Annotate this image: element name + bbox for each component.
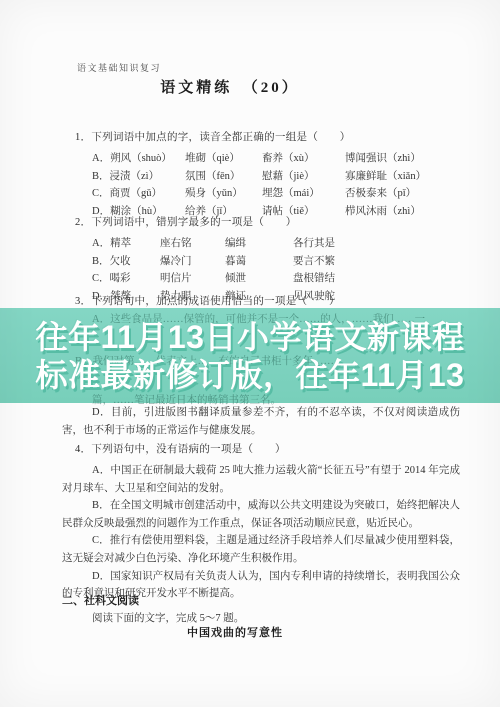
page-title: 语文精练 （20） — [0, 76, 460, 97]
question-3-stem: 3．下列语句中，加点的成语使用恰当的一项是（ ） — [75, 293, 464, 308]
option-cell: 明信片 — [160, 270, 225, 285]
question-2: 2．下列词语中，错别字最多的一项是（ ） A．精萃 座右铭 编缉 各行其是 B．… — [75, 212, 464, 304]
option-cell: 寡廉鲜耻（xiǎn） — [345, 168, 464, 183]
q1-option-row-a: A．朔风（shuò） 堆砌（qiè） 畜养（xù） 博闻强识（zhì） — [92, 149, 464, 167]
question-1: 1．下列词语中加点的字，读音全都正确的一组是（ ） A．朔风（shuò） 堆砌（… — [75, 127, 464, 219]
option-cell: 爆冷门 — [160, 253, 225, 268]
q2-option-row-c: C．喝彩 明信片 倾泄 盘根错结 — [92, 269, 464, 287]
option-cell: 否极泰来（pǐ） — [345, 185, 464, 200]
question-1-stem: 1．下列词语中加点的字，读音全都正确的一组是（ ） — [75, 132, 351, 143]
q2-option-row-a: A．精萃 座右铭 编缉 各行其是 — [92, 234, 464, 252]
header-note: 语文基础知识复习 — [77, 61, 161, 74]
option-cell: 畜养（xù） — [262, 150, 345, 165]
question-2-stem: 2．下列词语中，错别字最多的一项是（ ） — [75, 217, 297, 228]
option-cell: 座右铭 — [160, 235, 225, 250]
option-cell: 盘根错结 — [293, 270, 464, 285]
section-2-intro: 阅读下面的文字，完成 5～7 题。 — [92, 610, 244, 625]
question-4-stem: 4．下列语句中，没有语病的一项是（ ） — [75, 441, 460, 458]
q2-option-row-b: B．欠收 爆冷门 暮蔼 要言不繁 — [92, 252, 464, 270]
option-cell: 倾泄 — [225, 270, 293, 285]
option-cell: 氛围（fēn） — [185, 168, 262, 183]
option-cell: 慰藉（jiè） — [262, 168, 345, 183]
option-cell: 编缉 — [225, 235, 293, 250]
q4-option-a: A．中国正在研制最大载荷 25 吨大推力运载火箭“长征五号”有望于 2014 年… — [62, 462, 460, 497]
option-cell: 殒身（yǔn） — [185, 185, 262, 200]
option-cell: B．浸渍（zì） — [92, 168, 185, 183]
question-4: 4．下列语句中，没有语病的一项是（ ） A．中国正在研制最大载荷 25 吨大推力… — [62, 441, 460, 603]
watermark-band: A．这些食品是……保管的，可他并不是一个……的人，……我们……一 B．我们对第…… — [0, 308, 500, 403]
option-cell: 各行其是 — [293, 235, 464, 250]
q4-option-b: B．在全国文明城市创建活动中，威海以公共文明建设为突破口，始终把解决人民群众反映… — [62, 497, 460, 532]
option-cell: 博闻强识（zhì） — [345, 150, 464, 165]
option-cell: 要言不繁 — [293, 253, 464, 268]
q3-option-d: D．目前，引进版图书翻译质量参差不齐，有的不忍卒读，不仅对阅读造成伤害，也不利于… — [62, 404, 460, 439]
option-cell: C．喝彩 — [92, 270, 160, 285]
watermark-title: 往年11月13日小学语文新课程 标准最新修订版，往年11月13 — [0, 308, 500, 403]
option-cell: C．商贾（gǔ） — [92, 185, 185, 200]
section-2-heading: 二、社科文阅读 — [62, 592, 139, 608]
option-cell: B．欠收 — [92, 253, 160, 268]
watermark-title-line1: 往年11月13日小学语文新课程 — [36, 318, 465, 356]
option-cell: 埋怨（mái） — [262, 185, 345, 200]
watermark-title-line2: 标准最新修订版，往年11月13 — [36, 356, 465, 394]
option-cell: A．精萃 — [92, 235, 160, 250]
scanned-exam-page: 语文基础知识复习 语文精练 （20） 1．下列词语中加点的字，读音全都正确的一组… — [0, 0, 500, 707]
q4-option-c: C．推行有偿使用塑料袋，主题是通过经济手段培养人们尽量减少使用塑料袋，这无疑会对… — [62, 532, 460, 567]
q1-option-row-c: C．商贾（gǔ） 殒身（yǔn） 埋怨（mái） 否极泰来（pǐ） — [92, 184, 464, 202]
option-cell: A．朔风（shuò） — [92, 150, 185, 165]
option-cell: 堆砌（qiè） — [185, 150, 262, 165]
q1-option-row-b: B．浸渍（zì） 氛围（fēn） 慰藉（jiè） 寡廉鲜耻（xiǎn） — [92, 167, 464, 185]
option-cell: 暮蔼 — [225, 253, 293, 268]
article-title: 中国戏曲的写意性 — [0, 624, 470, 640]
